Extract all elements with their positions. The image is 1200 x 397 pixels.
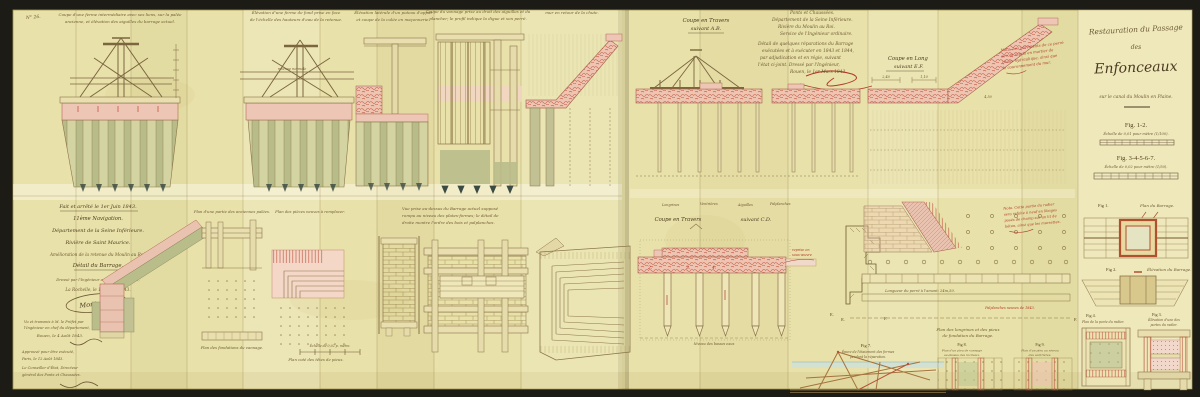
note-line: Service de l'Ingénieur ordinaire. bbox=[780, 32, 852, 37]
svg-text:Fig 3.: Fig 3. bbox=[1152, 312, 1162, 317]
svg-text:3.: 3. bbox=[686, 265, 691, 271]
svg-text:Élévation du Barrage.: Élévation du Barrage. bbox=[1146, 267, 1192, 272]
svg-text:droite montre l'ordre des bois: droite montre l'ordre des bois et palpla… bbox=[402, 220, 495, 225]
caption: et coupe de la culée en maçonnerie. bbox=[356, 17, 429, 22]
svg-text:Niveau des basses eaux: Niveau des basses eaux bbox=[693, 342, 735, 346]
title-line-4: sur le canal du Moulin en Plaine. bbox=[1099, 95, 1172, 100]
caption: Élévation d'une ferme de fond prise en f… bbox=[251, 10, 341, 15]
fig12-label: Fig. 1-2. bbox=[1125, 122, 1148, 129]
svg-text:reprise en: reprise en bbox=[792, 248, 810, 252]
svg-text:Plan d'une partie des ancienne: Plan d'une partie des anciennes palées. bbox=[193, 209, 270, 214]
svg-text:11ème Navigation.: 11ème Navigation. bbox=[73, 215, 123, 222]
svg-text:E.: E. bbox=[830, 312, 834, 317]
svg-text:Paris, le 12 Août 1843.: Paris, le 12 Août 1843. bbox=[21, 357, 63, 361]
svg-text:2,40: 2,40 bbox=[881, 75, 890, 79]
svg-text:Plan des fondations du vannage: Plan des fondations du vannage. bbox=[200, 345, 264, 350]
svg-text:Fait et arrêté le 1er Juin 184: Fait et arrêté le 1er Juin 1843. bbox=[58, 203, 137, 210]
svg-text:Amélioration de la retenue du: Amélioration de la retenue du Moulin au … bbox=[49, 252, 146, 257]
svg-text:Longueur du perré à l'amont: 2: Longueur du perré à l'amont: 24m,50. bbox=[884, 289, 955, 293]
svg-text:Fig 8.: Fig 8. bbox=[957, 342, 966, 347]
svg-text:Coupe en Travers: Coupe en Travers bbox=[683, 18, 730, 24]
svg-text:Vue prise au-dessus du Barrage: Vue prise au-dessus du Barrage actuel su… bbox=[402, 206, 499, 211]
svg-text:Plan d'un pieu de vannage: Plan d'un pieu de vannage bbox=[941, 349, 982, 353]
svg-text:général des Ponts et Chaussées: général des Ponts et Chaussées. bbox=[22, 373, 81, 377]
svg-text:des ventrières.: des ventrières. bbox=[1029, 353, 1052, 357]
svg-text:Le Conseiller d'État, Directeu: Le Conseiller d'État, Directeur bbox=[21, 365, 78, 370]
svg-text:E.: E. bbox=[841, 317, 845, 322]
note-line: par adjudication et en régie, suivant bbox=[760, 56, 841, 61]
svg-text:Coupe en Long: Coupe en Long bbox=[888, 56, 928, 62]
svg-text:Échelle de 0,02 p. mètre.: Échelle de 0,02 p. mètre. bbox=[309, 343, 351, 348]
scale-bar-1 bbox=[1100, 140, 1174, 145]
svg-text:Département de la Seine Inféri: Département de la Seine Inférieure. bbox=[51, 227, 144, 234]
fig34567-scale: Échelle de 0,02 pour mètre (1/50). bbox=[1104, 164, 1168, 169]
svg-text:Fig 4.: Fig 4. bbox=[1086, 313, 1096, 318]
svg-text:Détail du Barrage.: Détail du Barrage. bbox=[72, 262, 124, 269]
svg-text:Plan de la porte du radier.: Plan de la porte du radier. bbox=[1081, 320, 1124, 324]
water-level-label: retenue normale bbox=[278, 67, 307, 71]
svg-text:Plan des pièces neuves à rempl: Plan des pièces neuves à remplacer. bbox=[274, 209, 345, 214]
svg-text:Longrines: Longrines bbox=[661, 203, 680, 207]
svg-text:Fig 2.: Fig 2. bbox=[1106, 267, 1117, 272]
svg-text:Plan du Barrage.: Plan du Barrage. bbox=[1139, 203, 1174, 208]
note-line: Ponts et Chaussées. bbox=[789, 11, 834, 16]
svg-text:2.: 2. bbox=[647, 265, 653, 271]
svg-text:Approuvé pour être exécuté,: Approuvé pour être exécuté, bbox=[21, 350, 74, 354]
svg-text:Plan des longrines et des pieu: Plan des longrines et des pieux bbox=[935, 327, 1000, 332]
svg-text:Épure de l'étaiement des ferme: Épure de l'étaiement des fermes bbox=[841, 349, 895, 354]
note-line: l'état ci-joint. Dressé par l'Ingénieur, bbox=[758, 63, 840, 68]
svg-text:Palplanches: Palplanches bbox=[769, 202, 791, 206]
svg-text:l'Ingénieur en chef du départe: l'Ingénieur en chef du département, bbox=[24, 326, 90, 330]
scanned-drawing-sheet: N° 26. Coupe d'une ferme intermédiaire a… bbox=[0, 0, 1200, 397]
svg-text:Plan d'un pieu au niveau: Plan d'un pieu au niveau bbox=[1020, 349, 1059, 353]
svg-text:Rivière de Saint Maurice.: Rivière de Saint Maurice. bbox=[65, 239, 131, 246]
caption: plancher; le profil indique la digue et … bbox=[429, 16, 527, 21]
caption: de l'échelle des hauteurs d'eau de la re… bbox=[250, 17, 342, 22]
svg-text:4,50: 4,50 bbox=[983, 95, 992, 99]
svg-text:Ventrières: Ventrières bbox=[700, 202, 718, 206]
caption: Élévation latérale d'un poteau d'appui bbox=[353, 10, 432, 15]
svg-text:Fig 7.: Fig 7. bbox=[861, 343, 872, 348]
svg-text:portes du radier.: portes du radier. bbox=[1151, 323, 1178, 327]
svg-text:Vu et transmis à M. le Préfet: Vu et transmis à M. le Préfet par bbox=[24, 320, 84, 324]
fig-4-gate-plan: Fig 4. Plan de la porte du radier. bbox=[1081, 313, 1130, 386]
note-line: Rivière du Moulin au Roi. bbox=[777, 25, 835, 30]
fig12-scale: Échelle de 0,01 pour mètre (1/100). bbox=[1102, 131, 1168, 136]
fig-brick-pier-plan bbox=[379, 236, 419, 336]
note-line: exécutées et à exécuter en 1843 et 1844, bbox=[762, 49, 854, 54]
note-line: Détail de quelques réparations du Barrag… bbox=[757, 42, 854, 47]
svg-text:Coupe en Travers: Coupe en Travers bbox=[655, 217, 702, 223]
svg-text:1,10: 1,10 bbox=[920, 75, 928, 79]
svg-text:F.: F. bbox=[1074, 317, 1077, 322]
caption: Coupe du vannage prise au droit des aigu… bbox=[426, 9, 531, 14]
svg-text:de fondation du Barrage.: de fondation du Barrage. bbox=[943, 333, 994, 338]
caption: Coupe d'une ferme intermédiaire avec ses… bbox=[59, 12, 183, 17]
caption: mur en retour de la chute. bbox=[545, 10, 599, 15]
note-line: Département de la Seine Inférieure. bbox=[771, 18, 853, 23]
fig34567-label: Fig. 3-4-5-6-7. bbox=[1117, 155, 1156, 162]
svg-text:suivant E.F.: suivant E.F. bbox=[894, 64, 924, 70]
title-line-2: des bbox=[1131, 44, 1141, 51]
title-line-3: Enfonceaux bbox=[1093, 59, 1178, 78]
svg-text:au-dessus des racinaux.: au-dessus des racinaux. bbox=[944, 353, 980, 357]
svg-text:Rouen, le 4 Août 1843.: Rouen, le 4 Août 1843. bbox=[36, 333, 83, 338]
svg-text:rompu au niveau des plates-for: rompu au niveau des plates-formes; le dé… bbox=[402, 213, 499, 218]
fig-needle-weir-section: Coupe du vannage prise au droit des aigu… bbox=[426, 9, 531, 193]
scale-bar-2 bbox=[1094, 173, 1178, 179]
svg-text:F.: F. bbox=[884, 316, 887, 321]
svg-text:Palplanches neuves de 1843.: Palplanches neuves de 1843. bbox=[984, 306, 1035, 310]
svg-text:sous-œuvre: sous-œuvre bbox=[792, 253, 812, 257]
svg-text:Fig 1.: Fig 1. bbox=[1098, 203, 1109, 208]
drawing-canvas: N° 26. Coupe d'une ferme intermédiaire a… bbox=[0, 0, 1200, 397]
svg-text:suivant C.D.: suivant C.D. bbox=[741, 217, 772, 223]
svg-text:Élévation d'une des: Élévation d'une des bbox=[1147, 317, 1180, 322]
svg-text:Aiguilles: Aiguilles bbox=[737, 203, 753, 207]
svg-text:Plan coté des têtes de pieux.: Plan coté des têtes de pieux. bbox=[287, 357, 343, 362]
svg-text:suivant A.B.: suivant A.B. bbox=[691, 26, 722, 32]
caption: ancienne, et élévation des aiguilles du … bbox=[65, 19, 175, 24]
svg-text:Fig 9.: Fig 9. bbox=[1035, 342, 1044, 347]
svg-text:4.: 4. bbox=[711, 265, 717, 271]
